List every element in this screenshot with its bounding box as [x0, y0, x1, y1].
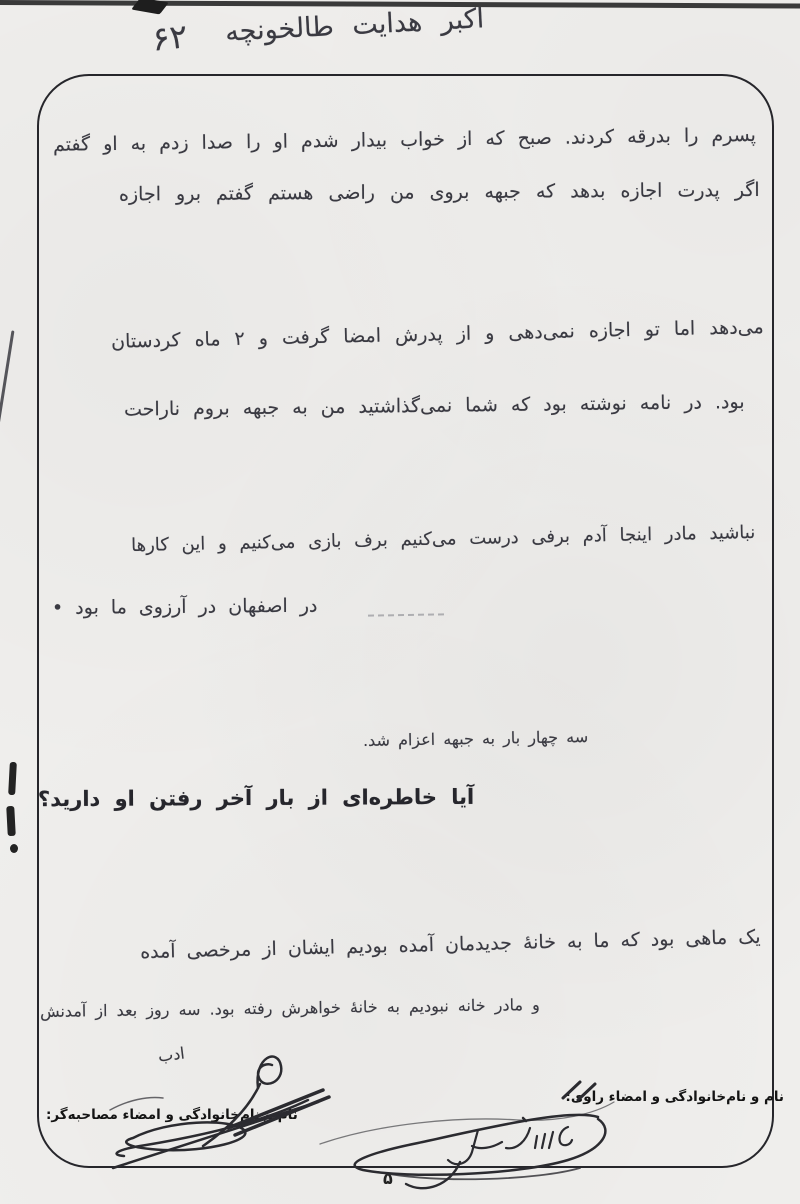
interviewer-signature	[108, 1038, 343, 1173]
margin-mark	[10, 844, 18, 853]
margin-mark	[8, 762, 17, 795]
scan-edge-artifact	[131, 0, 169, 14]
handwritten-line: اگر پدرت اجازه بدهد که جبهه بروی من راضی…	[119, 179, 760, 205]
narrator-signature	[318, 1072, 618, 1197]
handwritten-line: در اصفهان در آرزوی ما بود •	[52, 595, 318, 619]
margin-mark	[6, 806, 16, 836]
header-handwriting: اکبر هدایت طالخونچه	[224, 3, 485, 48]
handwritten-line: سه چهار بار به جبهه اعزام شد.	[363, 727, 588, 750]
archive-code: ۶۲	[150, 16, 189, 58]
interview-question: آیا خاطره‌ای از بار آخر رفتن او دارید؟	[38, 785, 474, 811]
margin-mark	[0, 330, 14, 425]
